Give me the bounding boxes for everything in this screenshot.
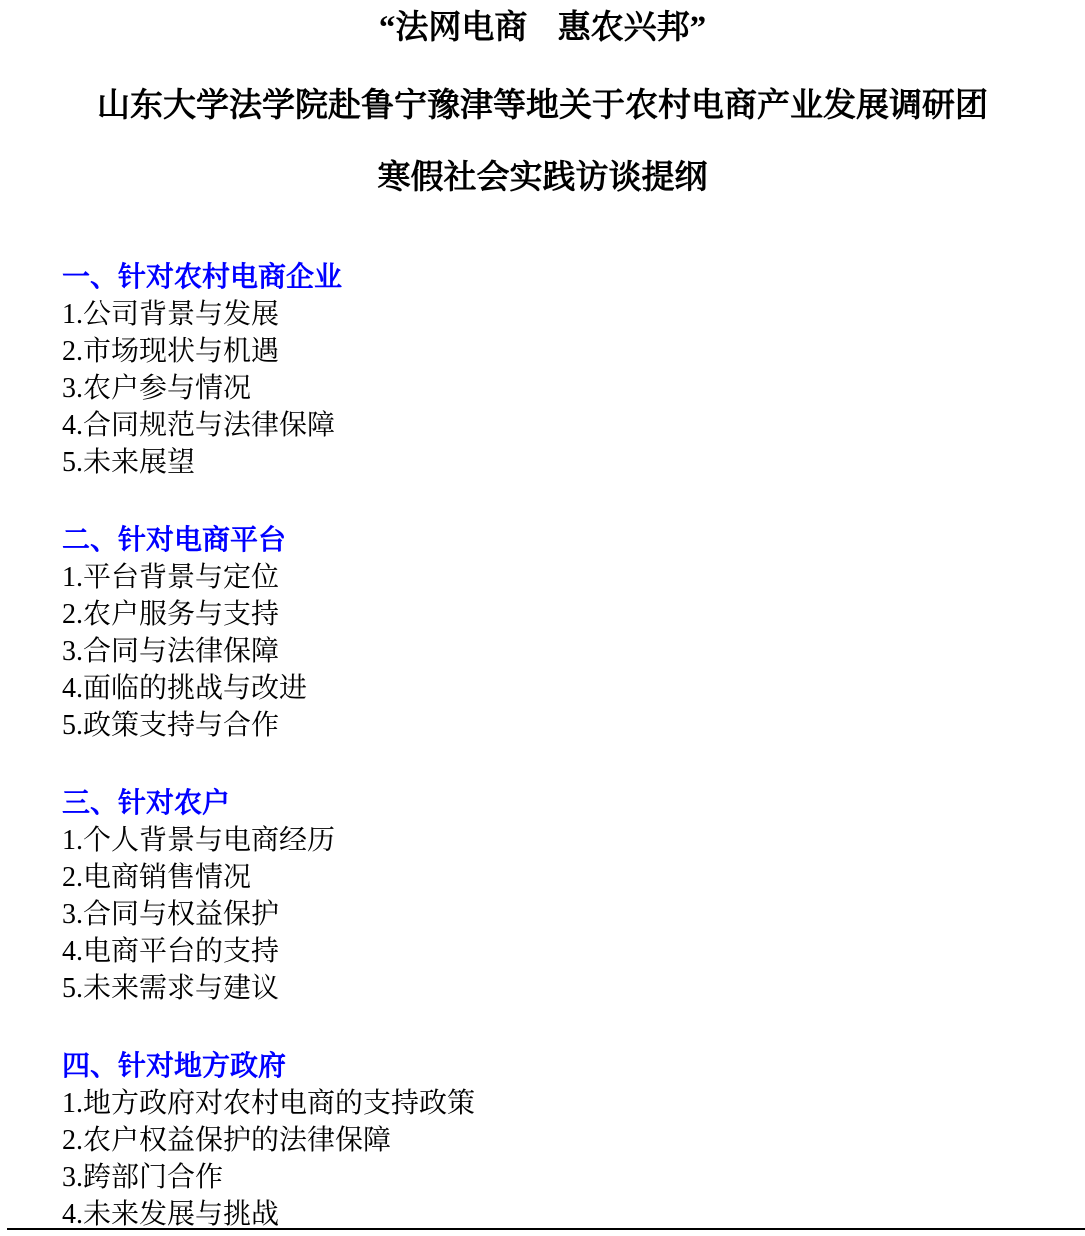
section-ecommerce-platforms: 二、针对电商平台 1.平台背景与定位 2.农户服务与支持 3.合同与法律保障 4… bbox=[62, 522, 1085, 744]
section-item: 3.合同与权益保护 bbox=[62, 896, 1085, 933]
section-heading: 一、针对农村电商企业 bbox=[62, 259, 1085, 296]
section-item: 4.合同规范与法律保障 bbox=[62, 407, 1085, 444]
section-item: 5.政策支持与合作 bbox=[62, 707, 1085, 744]
title-line-1: “法网电商 惠农兴邦” bbox=[0, 0, 1085, 50]
section-item: 1.个人背景与电商经历 bbox=[62, 822, 1085, 859]
section-item: 2.农户服务与支持 bbox=[62, 596, 1085, 633]
document-title: “法网电商 惠农兴邦” 山东大学法学院赴鲁宁豫津等地关于农村电商产业发展调研团 … bbox=[0, 0, 1085, 200]
title-line-2: 山东大学法学院赴鲁宁豫津等地关于农村电商产业发展调研团 bbox=[0, 84, 1085, 128]
section-local-government: 四、针对地方政府 1.地方政府对农村电商的支持政策 2.农户权益保护的法律保障 … bbox=[62, 1048, 1085, 1233]
section-item: 1.地方政府对农村电商的支持政策 bbox=[62, 1085, 1085, 1122]
page-bottom-rule bbox=[7, 1228, 1085, 1230]
section-item: 3.农户参与情况 bbox=[62, 370, 1085, 407]
section-item: 4.电商平台的支持 bbox=[62, 933, 1085, 970]
section-heading: 四、针对地方政府 bbox=[62, 1048, 1085, 1085]
section-item: 2.市场现状与机遇 bbox=[62, 333, 1085, 370]
section-rural-ecommerce-enterprises: 一、针对农村电商企业 1.公司背景与发展 2.市场现状与机遇 3.农户参与情况 … bbox=[62, 259, 1085, 481]
document-page: “法网电商 惠农兴邦” 山东大学法学院赴鲁宁豫津等地关于农村电商产业发展调研团 … bbox=[0, 0, 1085, 1236]
section-item: 4.面临的挑战与改进 bbox=[62, 670, 1085, 707]
section-item: 5.未来需求与建议 bbox=[62, 970, 1085, 1007]
section-item: 2.农户权益保护的法律保障 bbox=[62, 1122, 1085, 1159]
section-item: 2.电商销售情况 bbox=[62, 859, 1085, 896]
section-item: 3.合同与法律保障 bbox=[62, 633, 1085, 670]
document-body: 一、针对农村电商企业 1.公司背景与发展 2.市场现状与机遇 3.农户参与情况 … bbox=[0, 259, 1085, 1233]
section-farmers: 三、针对农户 1.个人背景与电商经历 2.电商销售情况 3.合同与权益保护 4.… bbox=[62, 785, 1085, 1007]
section-item: 5.未来展望 bbox=[62, 444, 1085, 481]
section-heading: 二、针对电商平台 bbox=[62, 522, 1085, 559]
section-heading: 三、针对农户 bbox=[62, 785, 1085, 822]
section-item: 1.平台背景与定位 bbox=[62, 559, 1085, 596]
section-item: 1.公司背景与发展 bbox=[62, 296, 1085, 333]
title-line-3: 寒假社会实践访谈提纲 bbox=[0, 156, 1085, 200]
section-item: 3.跨部门合作 bbox=[62, 1159, 1085, 1196]
